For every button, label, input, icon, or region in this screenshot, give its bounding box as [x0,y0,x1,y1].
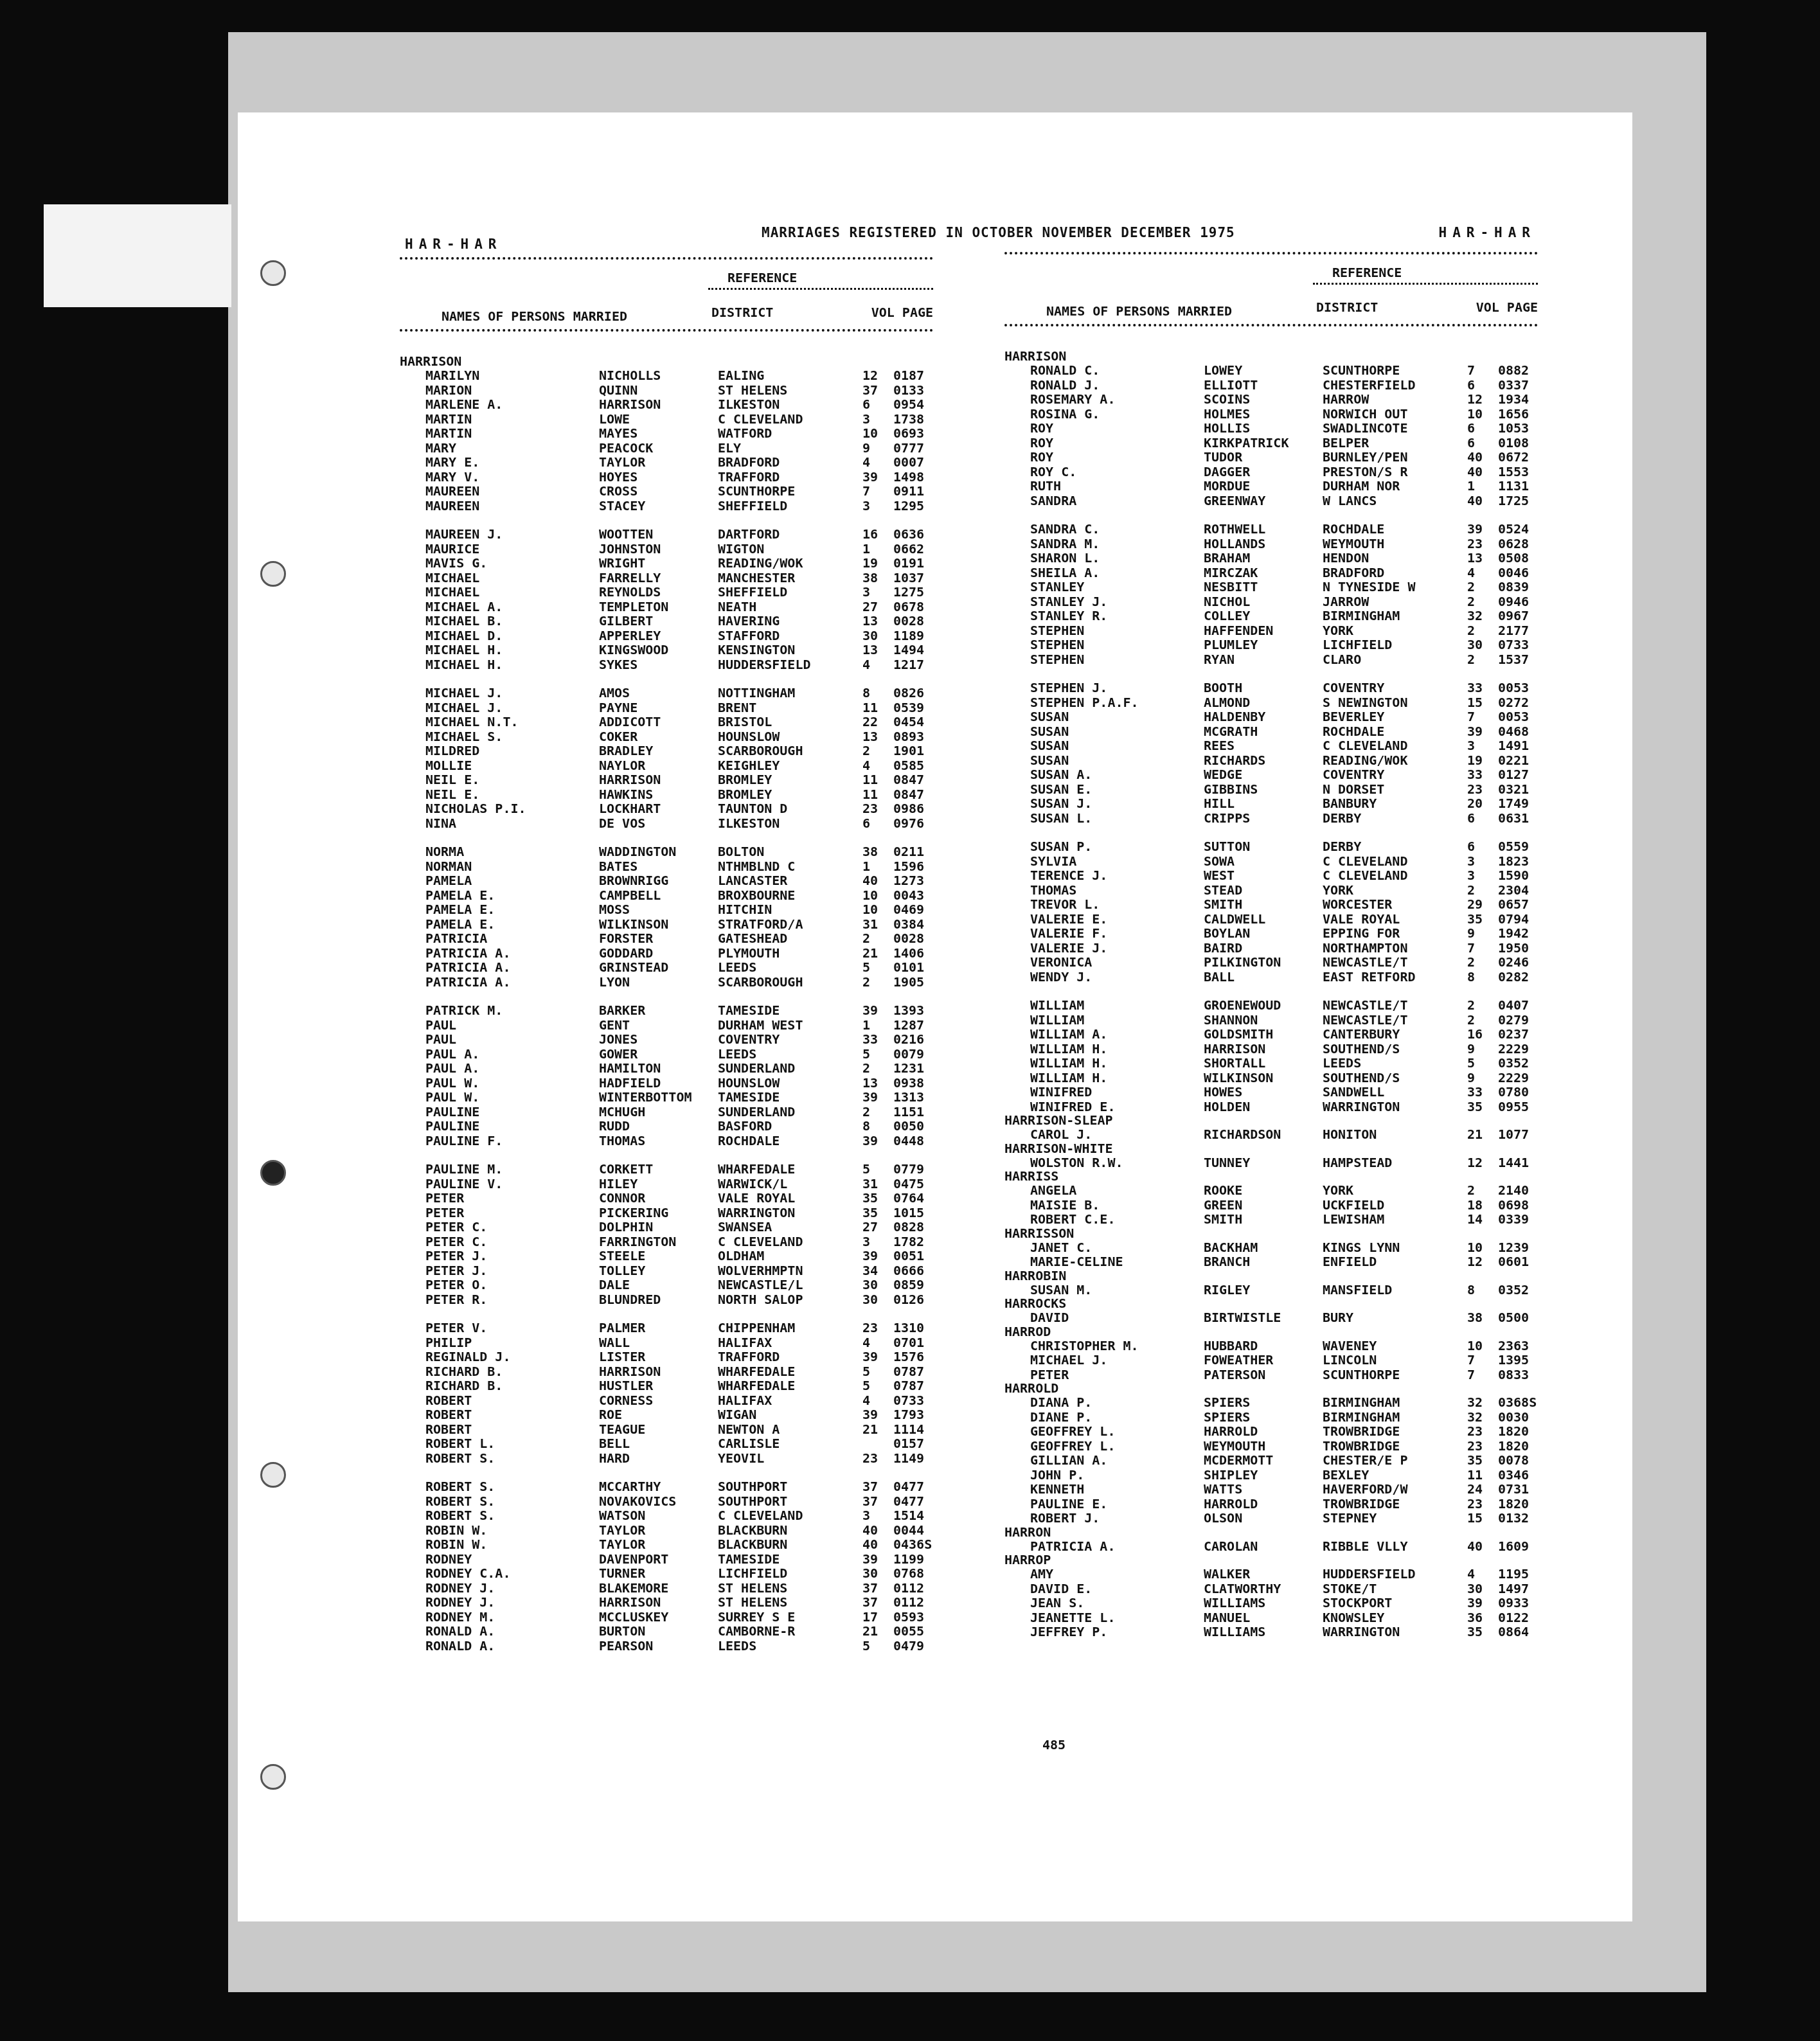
given-name: RONALD A. [425,1639,495,1653]
volume: 39 [1467,522,1493,536]
page-no: 1273 [893,873,924,887]
page-no: 0601 [1498,1254,1529,1269]
volume: 19 [862,556,888,570]
district: BANBURY [1323,796,1377,810]
volume: 2 [1467,955,1493,969]
marriage-entry-row: RODNEY J.HARRISONST HELENS370112 [400,1595,933,1610]
surname-heading: HARROD [1004,1325,1538,1339]
given-name: JEAN S. [1030,1596,1084,1610]
district: STOKE/T [1323,1582,1377,1596]
spouse-surname: BROWNRIGG [599,873,668,887]
volume: 37 [862,1479,888,1493]
marriage-entry-row: JOHN P.SHIPLEYBEXLEY110346 [1004,1468,1538,1483]
spouse-surname: MORDUE [1204,479,1250,493]
spouse-surname: WEDGE [1204,767,1242,781]
district: BRENT [718,700,756,715]
marriage-entry-row: VERONICAPILKINGTONNEWCASTLE/T20246 [1004,955,1538,970]
given-name: VALERIE J. [1030,941,1107,955]
marriage-entry-row: RICHARD B.HARRISONWHARFEDALE50787 [400,1364,933,1379]
volume: 5 [862,1639,888,1653]
marriage-entry-row: SANDRA C.ROTHWELLROCHDALE390524 [1004,522,1538,537]
volume: 17 [862,1610,888,1624]
given-name: MICHAEL J. [425,686,503,700]
volume: 12 [1467,1155,1493,1170]
marriage-entry-row: WILLIAM H.HARRISONSOUTHEND/S92229 [1004,1042,1538,1056]
page-no: 2229 [1498,1071,1529,1085]
page-no: 0864 [1498,1625,1529,1639]
page-no: 0693 [893,426,924,440]
volume: 30 [862,1566,888,1580]
page-no: 1199 [893,1552,924,1566]
marriage-entry-row: MAUREENSTACEYSHEFFIELD31295 [400,499,933,513]
given-name: RONALD J. [1030,378,1100,392]
left-column: REFERENCE NAMES OF PERSONS MARRIED DISTR… [400,257,933,1653]
district: SCARBOROUGH [718,975,803,989]
given-name: SUSAN [1030,738,1069,753]
spouse-surname: HUBBARD [1204,1339,1258,1353]
volume: 7 [862,484,888,498]
page-no: 0636 [893,527,924,541]
page-no: 1053 [1498,421,1529,435]
given-name: MICHAEL J. [425,700,503,715]
marriage-entry-row: SUSAN L.CRIPPSDERBY60631 [1004,811,1538,826]
surname-heading: HARRON [1004,1526,1538,1539]
spouse-surname: HOLDEN [1204,1100,1250,1114]
district: HITCHIN [718,902,772,916]
district: LEEDS [718,1639,756,1653]
district: TROWBRIDGE [1323,1497,1400,1511]
district: STOCKPORT [1323,1596,1392,1610]
district: C CLEVELAND [1323,868,1407,882]
marriage-entry-row: STEPHENPLUMLEYLICHFIELD300733 [1004,637,1538,652]
volume: 2 [1467,1183,1493,1197]
district: NTHMBLND C [718,859,795,873]
given-name: PETER [425,1206,464,1220]
district: HAVERING [718,614,780,628]
marriage-entry-row: NORMANBATESNTHMBLND C11596 [400,859,933,874]
marriage-entry-row: SANDRA M.HOLLANDSWEYMOUTH230628 [1004,537,1538,551]
district: EAST RETFORD [1323,970,1416,984]
marriage-entry-row: SUSAN E.GIBBINSN DORSET230321 [1004,782,1538,797]
marriage-entry-row: RODNEYDAVENPORTTAMESIDE391199 [400,1552,933,1567]
given-name: RICHARD B. [425,1378,503,1393]
spouse-surname: DAGGER [1204,465,1250,479]
district: HONITON [1323,1127,1377,1141]
spouse-surname: SMITH [1204,1212,1242,1226]
district: HUDDERSFIELD [718,657,811,672]
page-no: 1189 [893,628,924,643]
volume: 2 [862,931,888,945]
volume: 38 [862,844,888,859]
volume: 34 [862,1263,888,1278]
marriage-entry-row: RICHARD B.HUSTLERWHARFEDALE50787 [400,1378,933,1393]
page-no: 0028 [893,614,924,628]
volume: 40 [1467,1539,1493,1553]
spouse-surname: BELL [599,1436,630,1450]
marriage-entry-row: ROBIN W.TAYLORBLACKBURN400044 [400,1523,933,1538]
marriage-entry-row: WILLIAMSHANNONNEWCASTLE/T20279 [1004,1013,1538,1028]
district: DARTFORD [718,527,780,541]
spouse-surname: WATSON [599,1508,645,1522]
page-no: 0468 [1498,724,1529,738]
marriage-entry-row: MICHAELREYNOLDSSHEFFIELD31275 [400,585,933,600]
marriage-entry-row: SUSAN A.WEDGECOVENTRY330127 [1004,767,1538,782]
district: COVENTRY [1323,767,1384,781]
spouse-surname: GREEN [1204,1198,1242,1212]
district: ST HELENS [718,1595,787,1609]
spouse-surname: MCCLUSKEY [599,1610,668,1624]
given-name: TERENCE J. [1030,868,1107,882]
punch-hole [260,1764,286,1790]
marriage-entry-row: MICHAEL J.AMOSNOTTINGHAM80826 [400,686,933,700]
volume: 5 [862,1364,888,1378]
page-no: 0911 [893,484,924,498]
volume: 10 [862,426,888,440]
marriage-entry-row: ROBERTTEAGUENEWTON A211114 [400,1422,933,1437]
marriage-entry-row: STEPHEN J.BOOTHCOVENTRY330053 [1004,681,1538,695]
volume: 2 [1467,594,1493,609]
given-name: PETER J. [425,1249,487,1263]
spouse-surname: HOLLIS [1204,421,1250,435]
district: WATFORD [718,426,772,440]
page-no: 1406 [893,946,924,960]
given-name: PAMELA E. [425,902,495,916]
spouse-surname: GOWER [599,1047,638,1061]
page-no: 1820 [1498,1497,1529,1511]
spouse-surname: RYAN [1204,652,1235,666]
given-name: NORMAN [425,859,472,873]
given-name: PAUL A. [425,1047,479,1061]
volume: 39 [862,1134,888,1148]
entry-list: HARRISONRONALD C.LOWEYSCUNTHORPE70882RON… [1004,350,1538,1639]
spouse-surname: PAYNE [599,700,638,715]
given-name: NEIL E. [425,772,479,787]
given-name: SUSAN M. [1030,1283,1092,1297]
volume: 2 [1467,998,1493,1012]
page-no: 0508 [1498,551,1529,565]
spouse-surname: HALDENBY [1204,709,1265,724]
district: KINGS LYNN [1323,1240,1400,1254]
marriage-entry-row: MARY E.TAYLORBRADFORD40007 [400,455,933,470]
district: WARRINGTON [718,1206,795,1220]
volume: 9 [1467,1042,1493,1056]
given-name: DIANE P. [1030,1410,1092,1424]
group-spacer [1004,508,1538,522]
district: YORK [1323,883,1353,897]
district: ST HELENS [718,1581,787,1595]
page-no: 0272 [1498,695,1529,709]
page-no: 0787 [893,1378,924,1393]
page-no: 1609 [1498,1539,1529,1553]
district: SCUNTHORPE [1323,1368,1400,1382]
punch-hole [260,561,286,587]
volume: 35 [1467,1453,1493,1467]
given-name: RONALD C. [1030,363,1100,377]
spouse-surname: BARKER [599,1003,645,1017]
volume: 13 [862,1076,888,1090]
volume: 33 [1467,767,1493,781]
page-no: 0132 [1498,1511,1529,1525]
district: WARWICK/L [718,1177,787,1191]
marriage-entry-row: NEIL E.HAWKINSBROMLEY110847 [400,787,933,802]
given-name: STANLEY J. [1030,594,1107,609]
page-no: 1498 [893,470,924,484]
district: STRATFORD/A [718,917,803,931]
district: C CLEVELAND [718,412,803,426]
given-name: MICHAEL S. [425,729,503,744]
given-name: MICHAEL H. [425,657,503,672]
marriage-entry-row: SUSANRICHARDSREADING/WOK190221 [1004,753,1538,768]
spouse-surname: PATERSON [1204,1368,1265,1382]
district: HALIFAX [718,1393,772,1407]
page-no: 0122 [1498,1610,1529,1625]
district: TRAFFORD [718,470,780,484]
marriage-entry-row: PAULINE E.HARROLDTROWBRIDGE231820 [1004,1497,1538,1511]
spouse-surname: PEACOCK [599,441,653,455]
marriage-entry-row: STANLEY R.COLLEYBIRMINGHAM320967 [1004,609,1538,623]
marriage-entry-row: AMYWALKERHUDDERSFIELD41195 [1004,1567,1538,1582]
district: BASFORD [718,1119,772,1133]
given-name: PATRICIA A. [425,960,510,974]
volume: 3 [1467,738,1493,753]
volume: 11 [862,772,888,787]
district: TAUNTON D [718,801,787,816]
marriage-entry-row: JANET C.BACKHAMKINGS LYNN101239 [1004,1240,1538,1255]
spouse-surname: STACEY [599,499,645,513]
volume: 32 [1467,609,1493,623]
district: VALE ROYAL [718,1191,795,1205]
spouse-surname: HOYES [599,470,638,484]
district: ENFIELD [1323,1254,1377,1269]
volume: 11 [1467,1468,1493,1482]
page-no: 1491 [1498,738,1529,753]
volume: 6 [1467,436,1493,450]
district: WHARFEDALE [718,1364,795,1378]
index-range-right: HAR-HAR [1438,225,1536,240]
page-no: 0946 [1498,594,1529,609]
volume: 23 [1467,1424,1493,1438]
district: LINCOLN [1323,1353,1377,1367]
given-name: ROBERT J. [1030,1511,1100,1525]
page-no: 1310 [893,1321,924,1335]
district: SCUNTHORPE [1323,363,1400,377]
volume: 35 [1467,1100,1493,1114]
district: LICHFIELD [718,1566,787,1580]
page-no: 0779 [893,1162,924,1176]
district: BIRMINGHAM [1323,609,1400,623]
district: SWANSEA [718,1220,772,1234]
spouse-surname: HARRISON [1204,1042,1265,1056]
spouse-surname: PILKINGTON [1204,955,1281,969]
volume: 31 [862,1177,888,1191]
volume: 10 [1467,407,1493,421]
group-spacer [1004,825,1538,839]
volume: 33 [862,1032,888,1046]
spouse-surname: BALL [1204,970,1235,984]
spouse-surname: JONES [599,1032,638,1046]
page-no: 0666 [893,1263,924,1278]
given-name: GEOFFREY L. [1030,1439,1115,1453]
volume: 33 [1467,1085,1493,1099]
volume: 40 [1467,450,1493,464]
page-no: 0053 [1498,709,1529,724]
page-no: 0780 [1498,1085,1529,1099]
district: BLACKBURN [718,1523,787,1537]
volume: 5 [862,1378,888,1393]
given-name: PAULINE [425,1105,479,1119]
names-label: NAMES OF PERSONS MARRIED [1046,303,1232,319]
page-no: 0187 [893,368,924,382]
volume: 4 [1467,566,1493,580]
volume: 27 [862,600,888,614]
marriage-entry-row: SYLVIASOWAC CLEVELAND31823 [1004,854,1538,869]
given-name: WILLIAM A. [1030,1027,1107,1041]
page-no: 1576 [893,1350,924,1364]
district: SCUNTHORPE [718,484,795,498]
district: S NEWINGTON [1323,695,1407,709]
volume: 23 [862,1321,888,1335]
district: BROMLEY [718,772,772,787]
given-name: PETER R. [425,1292,487,1306]
page-no: 1537 [1498,652,1529,666]
marriage-entry-row: ROBERT S.HARDYEOVIL231149 [400,1451,933,1466]
given-name: PAUL [425,1018,456,1032]
page-no: 1901 [893,744,924,758]
page-no: 0051 [893,1249,924,1263]
spouse-surname: MCCARTHY [599,1479,661,1493]
spouse-surname: DAVENPORT [599,1552,668,1566]
spouse-surname: GRINSTEAD [599,960,668,974]
page-no: 1738 [893,412,924,426]
given-name: ROBIN W. [425,1523,487,1537]
spouse-surname: CORNESS [599,1393,653,1407]
page-no: 0794 [1498,912,1529,926]
district: N DORSET [1323,782,1384,796]
district: NORTHAMPTON [1323,941,1407,955]
spouse-surname: SYKES [599,657,638,672]
volume: 5 [1467,1056,1493,1070]
page-no: 1820 [1498,1439,1529,1453]
marriage-entry-row: RONALD A.BURTONCAMBORNE-R210055 [400,1624,933,1639]
given-name: SANDRA C. [1030,522,1100,536]
marriage-entry-row: RONALD C.LOWEYSCUNTHORPE70882 [1004,363,1538,378]
district: WOLVERHMPTN [718,1263,803,1278]
page-no: 0479 [893,1639,924,1653]
spouse-surname: TEMPLETON [599,600,668,614]
spouse-surname: ELLIOTT [1204,378,1258,392]
district: BIRMINGHAM [1323,1395,1400,1409]
spouse-surname: WRIGHT [599,556,645,570]
spouse-surname: WILKINSON [599,917,668,931]
page-no: 1441 [1498,1155,1529,1170]
spouse-surname: CAROLAN [1204,1539,1258,1553]
marriage-entry-row: SUSANREESC CLEVELAND31491 [1004,738,1538,753]
district: NEWCASTLE/L [718,1278,803,1292]
district: SHEFFIELD [718,499,787,513]
marriage-entry-row: CHRISTOPHER M.HUBBARDWAVENEY102363 [1004,1339,1538,1353]
spouse-surname: HARD [599,1451,630,1465]
volume: 16 [1467,1027,1493,1041]
marriage-entry-row: NICHOLAS P.I.LOCKHARTTAUNTON D230986 [400,801,933,816]
spouse-surname: TURNER [599,1566,645,1580]
marriage-entry-row: JEFFREY P.WILLIAMSWARRINGTON350864 [1004,1625,1538,1639]
page-no: 1823 [1498,854,1529,868]
spouse-surname: PLUMLEY [1204,637,1258,652]
marriage-entry-row: WINIFRED E.HOLDENWARRINGTON350955 [1004,1100,1538,1114]
district: TROWBRIDGE [1323,1424,1400,1438]
marriage-entry-row: PAMELA E.MOSSHITCHIN100469 [400,902,933,917]
given-name: ROBIN W. [425,1537,487,1551]
spouse-surname: RIGLEY [1204,1283,1250,1297]
district: DURHAM WEST [718,1018,803,1032]
given-name: MICHAEL B. [425,614,503,628]
page-no: 1590 [1498,868,1529,882]
district: STAFFORD [718,628,780,643]
page-no: 0698 [1498,1198,1529,1212]
spouse-surname: MCDERMOTT [1204,1453,1273,1467]
given-name: SHEILA A. [1030,566,1100,580]
page-no: 0701 [893,1335,924,1350]
district: NEWTON A [718,1422,780,1436]
district: DERBY [1323,839,1361,853]
given-name: RUTH [1030,479,1061,493]
page-no: 0847 [893,772,924,787]
district: JARROW [1323,594,1369,609]
page-no: 0628 [1498,537,1529,551]
volume: 10 [1467,1240,1493,1254]
given-name: SUSAN [1030,753,1069,767]
spouse-surname: BRADLEY [599,744,653,758]
volume: 1 [1467,479,1493,493]
district: HOUNSLOW [718,1076,780,1090]
district: PLYMOUTH [718,946,780,960]
page-no: 1195 [1498,1567,1529,1581]
district: SOUTHEND/S [1323,1042,1400,1056]
spouse-surname: HOWES [1204,1085,1242,1099]
spouse-surname: SMITH [1204,897,1242,911]
page-no: 0448 [893,1134,924,1148]
volume: 2 [862,1061,888,1075]
page-no: 0893 [893,729,924,744]
volume: 5 [862,960,888,974]
marriage-entry-row: ROSEMARY A.SCOINSHARROW121934 [1004,392,1538,407]
given-name: NICHOLAS P.I. [425,801,526,816]
volume: 27 [862,1220,888,1234]
page-no: 0733 [1498,637,1529,652]
punch-hole [260,1160,286,1186]
volume: 30 [862,1292,888,1306]
district: MANCHESTER [718,571,795,585]
given-name: ROBERT [425,1393,472,1407]
volume: 1 [862,859,888,873]
district: BRADFORD [718,455,780,469]
volume: 7 [1467,709,1493,724]
volume: 40 [862,1537,888,1551]
given-name: PAMELA [425,873,472,887]
reference-divider [708,288,933,290]
page-no: 1295 [893,499,924,513]
page-no: 1287 [893,1018,924,1032]
spouse-surname: WADDINGTON [599,844,676,859]
volume: 23 [862,1451,888,1465]
volume: 20 [1467,796,1493,810]
group-spacer [400,513,933,527]
volume: 10 [1467,1339,1493,1353]
spouse-surname: FOWEATHER [1204,1353,1273,1367]
given-name: NEIL E. [425,787,479,801]
spouse-surname: CLATWORTHY [1204,1582,1281,1596]
volume: 15 [1467,1511,1493,1525]
